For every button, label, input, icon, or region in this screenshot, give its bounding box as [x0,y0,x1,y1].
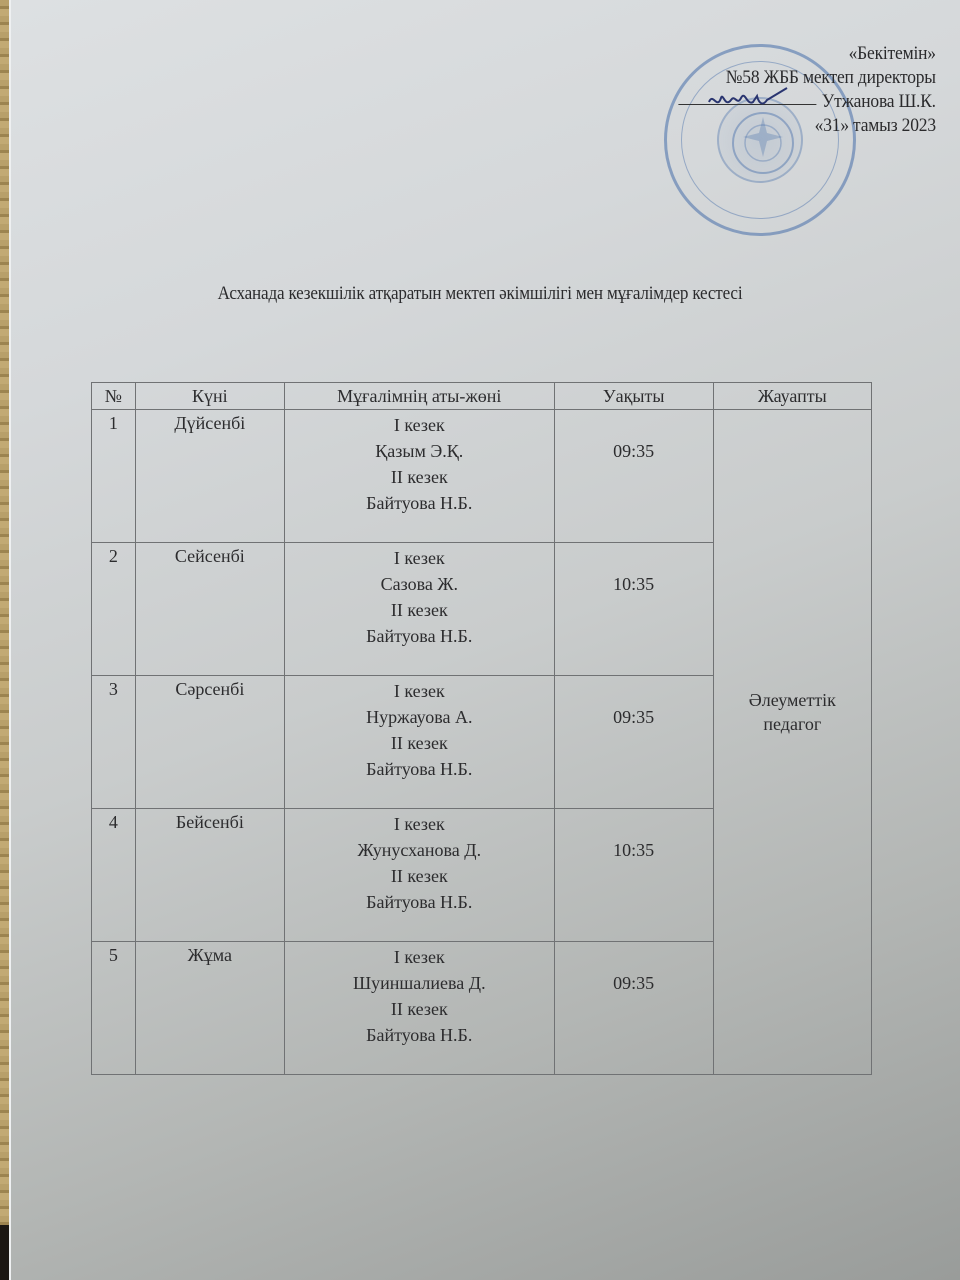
teacher-name: Байтуова Н.Б. [285,1022,554,1048]
row-number: 5 [92,942,136,1075]
shift-label: II кезек [285,730,554,756]
teacher-name: Жунусханова Д. [285,837,554,863]
shift-label: I кезек [285,545,554,571]
row-time: 10:35 [554,543,713,676]
duty-schedule-table: № Күні Мұғалімнің аты-жөні Уақыты Жауапт… [91,382,872,1075]
shift-label: II кезек [285,464,554,490]
responsible-text: Әлеуметтік [714,688,871,712]
teacher-name: Байтуова Н.Б. [285,490,554,516]
header-responsible: Жауапты [713,383,871,410]
shift-label: I кезек [285,678,554,704]
header-number: № [92,383,136,410]
header-time: Уақыты [554,383,713,410]
header-day: Күні [135,383,284,410]
row-number: 2 [92,543,136,676]
row-day: Дүйсенбі [135,410,284,543]
row-day: Сәрсенбі [135,676,284,809]
shift-label: I кезек [285,412,554,438]
shift-label: I кезек [285,811,554,837]
approval-heading: «Бекітемін» [679,42,936,66]
teacher-name: Қазым Э.Қ. [285,438,554,464]
row-teachers: I кезекСазова Ж.II кезекБайтуова Н.Б. [284,543,554,676]
teacher-name: Байтуова Н.Б. [285,756,554,782]
row-time: 09:35 [554,942,713,1075]
approval-date: «31» тамыз 2023 [679,114,936,138]
shift-label: II кезек [285,597,554,623]
row-number: 1 [92,410,136,543]
teacher-name: Шуиншалиева Д. [285,970,554,996]
header-teacher: Мұғалімнің аты-жөні [284,383,554,410]
row-time: 09:35 [554,676,713,809]
row-teachers: I кезекҚазым Э.Қ.II кезекБайтуова Н.Б. [284,410,554,543]
shift-label: II кезек [285,996,554,1022]
responsible-cell: Әлеуметтікпедагог [713,410,871,1075]
row-time: 10:35 [554,809,713,942]
row-teachers: I кезекШуиншалиева Д.II кезекБайтуова Н.… [284,942,554,1075]
signature-icon [705,84,795,114]
teacher-name: Байтуова Н.Б. [285,623,554,649]
table-row: 1ДүйсенбіI кезекҚазым Э.Қ.II кезекБайтуо… [92,410,872,543]
row-number: 3 [92,676,136,809]
row-day: Жұма [135,942,284,1075]
row-number: 4 [92,809,136,942]
responsible-text: педагог [714,712,871,736]
table-header-row: № Күні Мұғалімнің аты-жөні Уақыты Жауапт… [92,383,872,410]
teacher-name: Нуржауова А. [285,704,554,730]
row-time: 09:35 [554,410,713,543]
row-day: Бейсенбі [135,809,284,942]
row-teachers: I кезекЖунусханова Д.II кезекБайтуова Н.… [284,809,554,942]
teacher-name: Байтуова Н.Б. [285,889,554,915]
row-day: Сейсенбі [135,543,284,676]
document-title: Асханада кезекшілік атқаратын мектеп әкі… [48,283,912,305]
teacher-name: Сазова Ж. [285,571,554,597]
shift-label: I кезек [285,944,554,970]
shift-label: II кезек [285,863,554,889]
row-teachers: I кезекНуржауова А.II кезекБайтуова Н.Б. [284,676,554,809]
